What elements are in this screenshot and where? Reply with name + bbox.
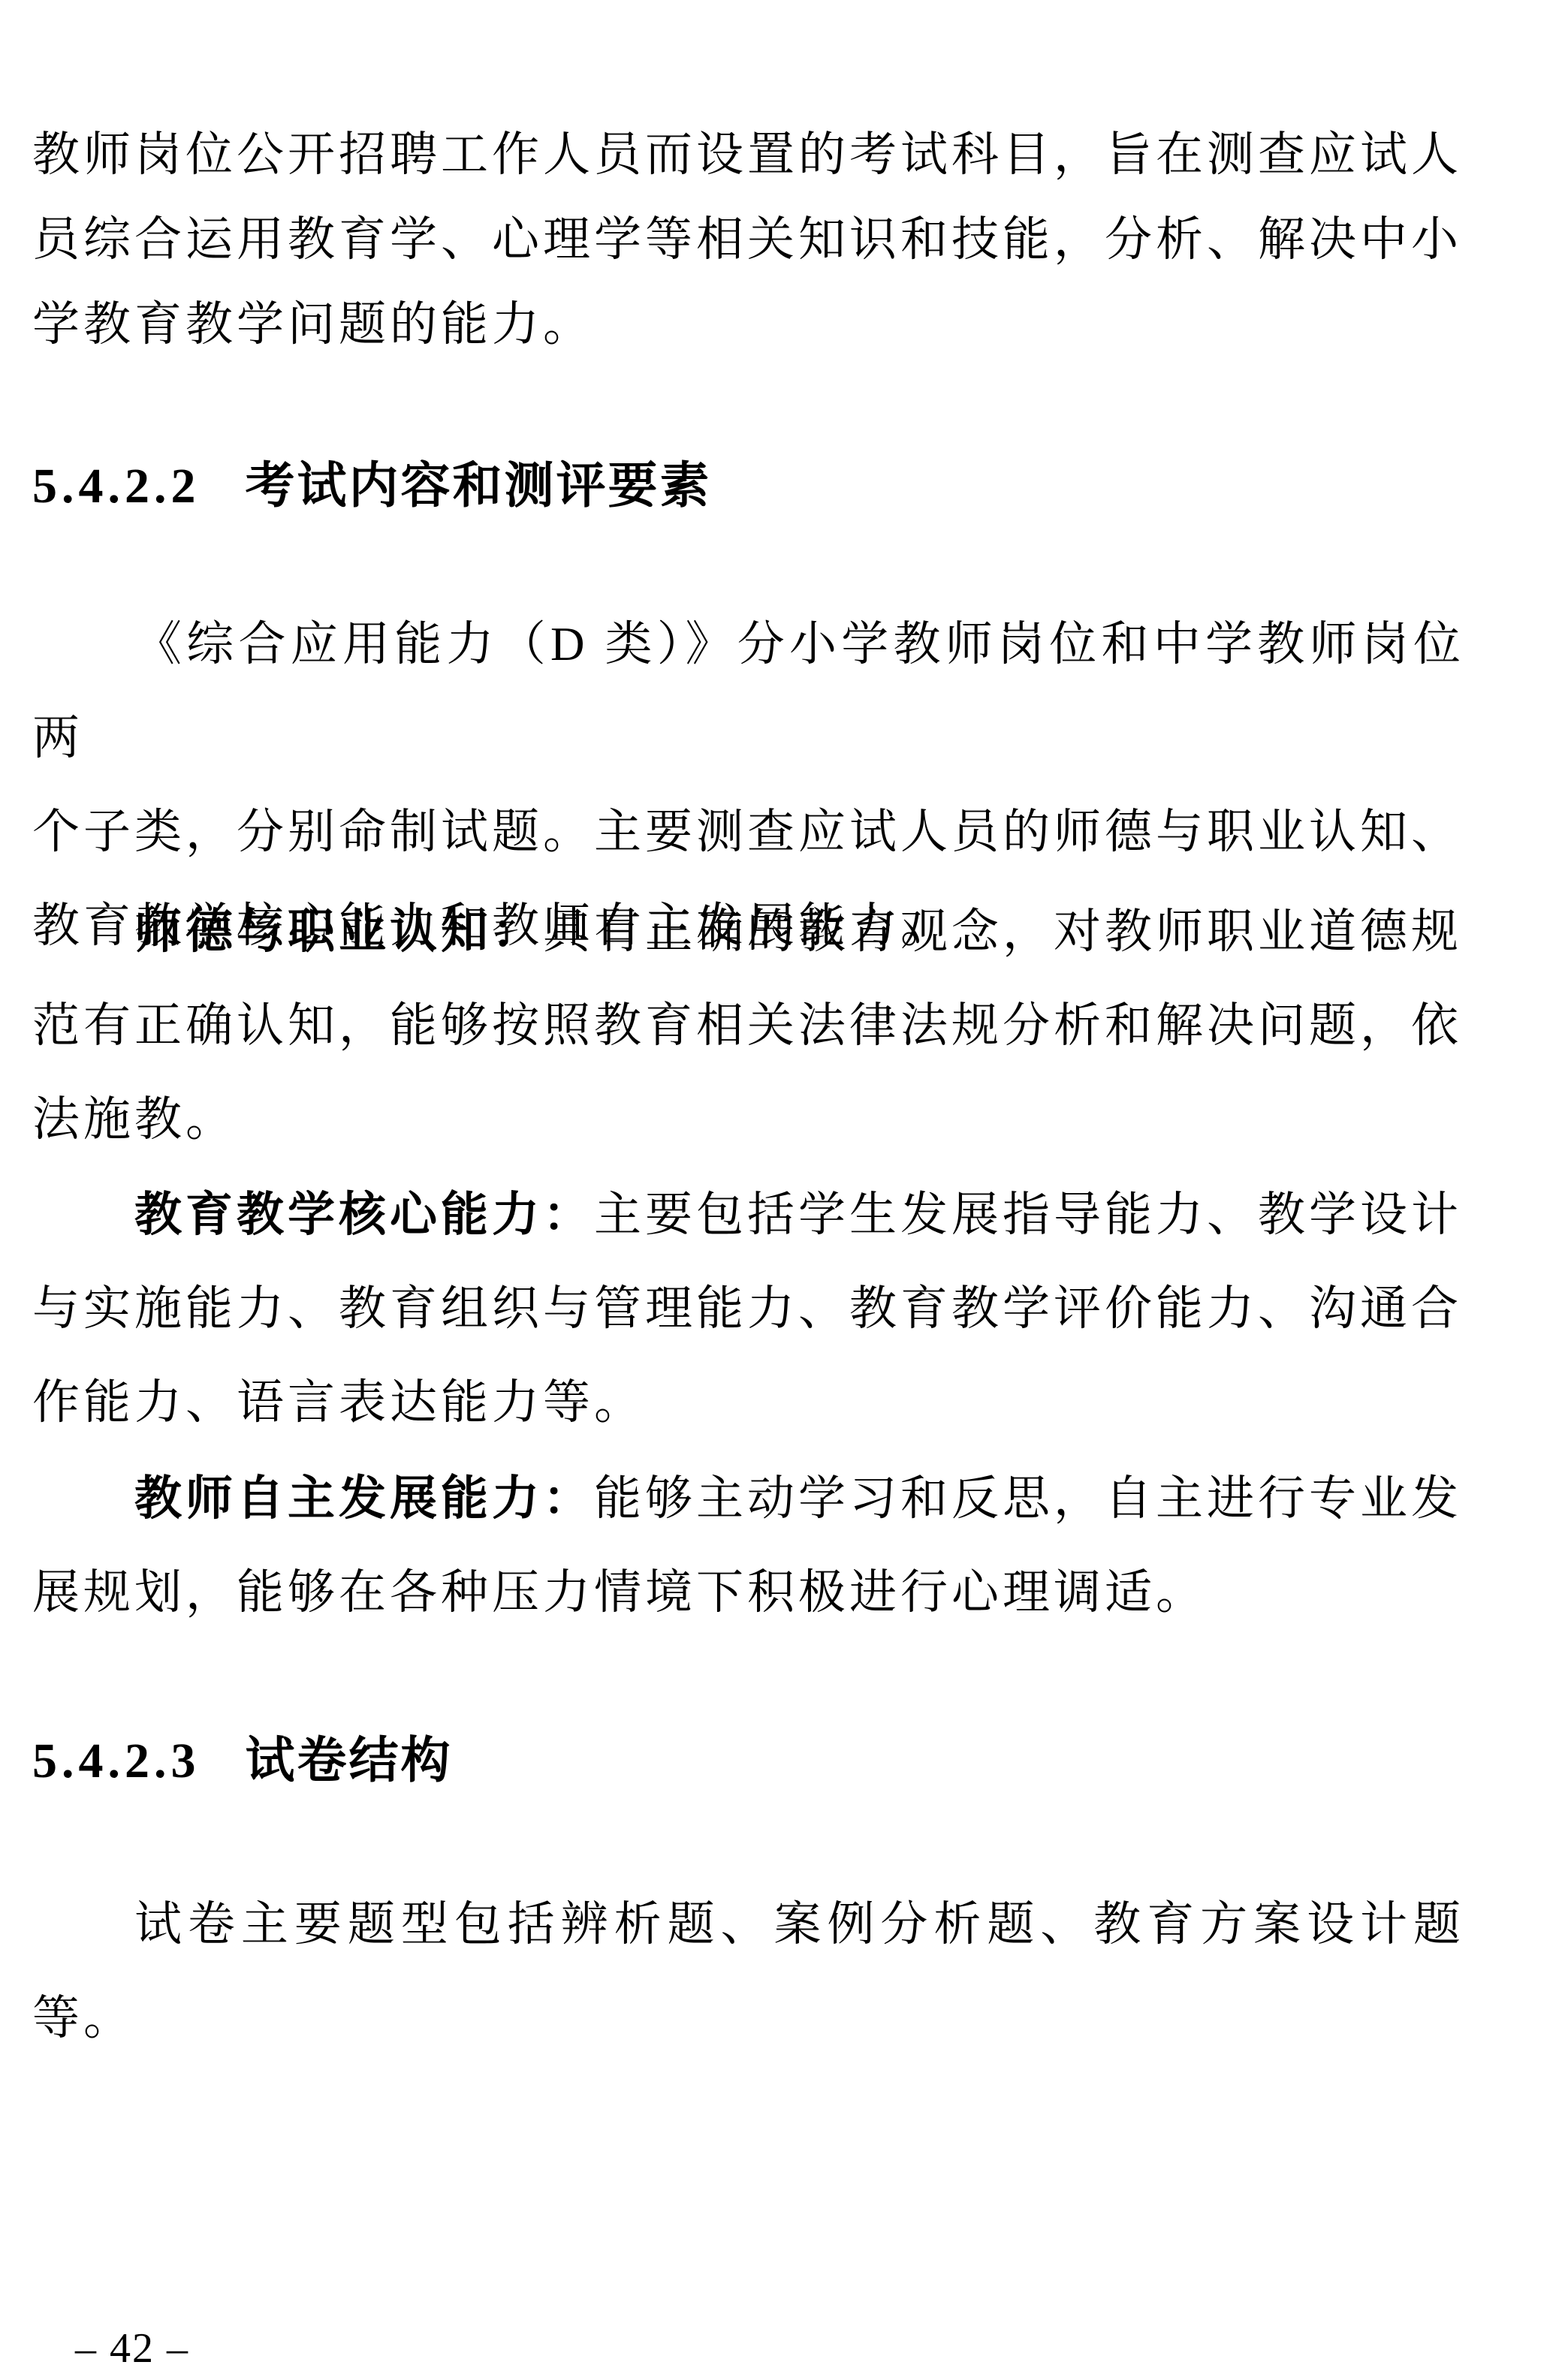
section-title: 考试内容和测评要素	[246, 459, 712, 514]
paragraph-self-development: 教师自主发展能力：能够主动学习和反思，自主进行专业发 展规划，能够在各种压力情境…	[32, 1452, 1464, 1640]
section-title: 试卷结构	[246, 1734, 453, 1788]
paragraph-ethics-lead: 师德与职业认知：	[134, 905, 543, 958]
section-heading-paper-structure: 5.4.2.3试卷结构	[32, 1728, 453, 1795]
paragraph-self-development-lead: 教师自主发展能力：	[134, 1472, 594, 1525]
section-heading-exam-content: 5.4.2.2考试内容和测评要素	[32, 453, 712, 520]
paragraph-core-ability-lead: 教育教学核心能力：	[134, 1188, 594, 1241]
section-number: 5.4.2.2	[32, 459, 201, 514]
paragraph-ethics: 师德与职业认知：具有正确的教育观念，对教师职业道德规 范有正确认知，能够按照教育…	[32, 885, 1464, 1167]
paragraph-core-ability: 教育教学核心能力：主要包括学生发展指导能力、教学设计 与实施能力、教育组织与管理…	[32, 1168, 1464, 1450]
paragraph-intro: 教师岗位公开招聘工作人员而设置的考试科目，旨在测查应试人 员综合运用教育学、心理…	[32, 113, 1464, 367]
paragraph-question-types: 试卷主要题型包括辨析题、案例分析题、教育方案设计题等。	[32, 1878, 1464, 2065]
page-number: – 42 –	[75, 2326, 189, 2371]
document-page: 教师岗位公开招聘工作人员而设置的考试科目，旨在测查应试人 员综合运用教育学、心理…	[0, 0, 1568, 2380]
section-number: 5.4.2.3	[32, 1734, 201, 1788]
